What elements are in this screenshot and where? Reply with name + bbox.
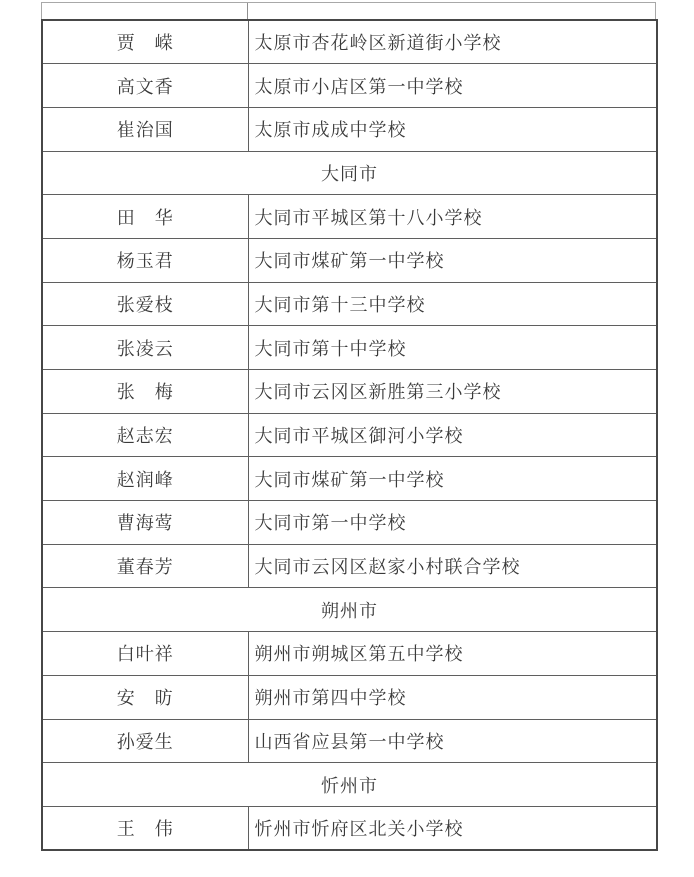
roster-table: 贾 嵘太原市杏花岭区新道街小学校高文香太原市小店区第一中学校崔治国太原市成成中学…: [41, 19, 658, 851]
school-name-cell: 大同市煤矿第一中学校: [248, 457, 657, 501]
cutoff-column-divider: [247, 3, 248, 19]
school-name-cell: 大同市云冈区赵家小村联合学校: [248, 544, 657, 588]
teacher-name-cell: 孙爱生: [42, 719, 248, 763]
roster-row: 王 伟忻州市忻府区北关小学校: [42, 806, 657, 850]
roster-table-body: 贾 嵘太原市杏花岭区新道街小学校高文香太原市小店区第一中学校崔治国太原市成成中学…: [42, 20, 657, 850]
roster-row: 董春芳大同市云冈区赵家小村联合学校: [42, 544, 657, 588]
city-header-cell: 朔州市: [42, 588, 657, 632]
teacher-name-cell: 白叶祥: [42, 632, 248, 676]
school-name-cell: 大同市第十中学校: [248, 326, 657, 370]
city-section-row: 大同市: [42, 151, 657, 195]
teacher-name-cell: 崔治国: [42, 107, 248, 151]
school-name-cell: 朔州市朔城区第五中学校: [248, 632, 657, 676]
city-header-cell: 大同市: [42, 151, 657, 195]
scanned-page: 贾 嵘太原市杏花岭区新道街小学校高文香太原市小店区第一中学校崔治国太原市成成中学…: [0, 0, 694, 877]
teacher-name-cell: 贾 嵘: [42, 20, 248, 64]
roster-row: 安 昉朔州市第四中学校: [42, 675, 657, 719]
roster-row: 杨玉君大同市煤矿第一中学校: [42, 238, 657, 282]
school-name-cell: 太原市杏花岭区新道街小学校: [248, 20, 657, 64]
teacher-name-cell: 张凌云: [42, 326, 248, 370]
school-name-cell: 太原市成成中学校: [248, 107, 657, 151]
school-name-cell: 大同市煤矿第一中学校: [248, 238, 657, 282]
roster-row: 赵志宏大同市平城区御河小学校: [42, 413, 657, 457]
city-section-row: 忻州市: [42, 763, 657, 807]
roster-row: 贾 嵘太原市杏花岭区新道街小学校: [42, 20, 657, 64]
teacher-name-cell: 曹海莺: [42, 501, 248, 545]
roster-row: 孙爱生山西省应县第一中学校: [42, 719, 657, 763]
teacher-name-cell: 赵润峰: [42, 457, 248, 501]
roster-row: 张 梅大同市云冈区新胜第三小学校: [42, 370, 657, 414]
teacher-name-cell: 张爱枝: [42, 282, 248, 326]
teacher-name-cell: 安 昉: [42, 675, 248, 719]
cutoff-row-remnant: [41, 2, 656, 19]
school-name-cell: 大同市第一中学校: [248, 501, 657, 545]
roster-row: 赵润峰大同市煤矿第一中学校: [42, 457, 657, 501]
school-name-cell: 朔州市第四中学校: [248, 675, 657, 719]
roster-row: 张凌云大同市第十中学校: [42, 326, 657, 370]
roster-row: 田 华大同市平城区第十八小学校: [42, 195, 657, 239]
roster-row: 崔治国太原市成成中学校: [42, 107, 657, 151]
teacher-name-cell: 田 华: [42, 195, 248, 239]
roster-row: 张爱枝大同市第十三中学校: [42, 282, 657, 326]
school-name-cell: 大同市云冈区新胜第三小学校: [248, 370, 657, 414]
roster-row: 高文香太原市小店区第一中学校: [42, 64, 657, 108]
city-header-cell: 忻州市: [42, 763, 657, 807]
teacher-name-cell: 董春芳: [42, 544, 248, 588]
roster-row: 白叶祥朔州市朔城区第五中学校: [42, 632, 657, 676]
school-name-cell: 大同市平城区第十八小学校: [248, 195, 657, 239]
teacher-name-cell: 高文香: [42, 64, 248, 108]
city-section-row: 朔州市: [42, 588, 657, 632]
teacher-name-cell: 杨玉君: [42, 238, 248, 282]
teacher-name-cell: 王 伟: [42, 806, 248, 850]
teacher-name-cell: 赵志宏: [42, 413, 248, 457]
school-name-cell: 忻州市忻府区北关小学校: [248, 806, 657, 850]
school-name-cell: 山西省应县第一中学校: [248, 719, 657, 763]
teacher-name-cell: 张 梅: [42, 370, 248, 414]
school-name-cell: 太原市小店区第一中学校: [248, 64, 657, 108]
roster-row: 曹海莺大同市第一中学校: [42, 501, 657, 545]
school-name-cell: 大同市第十三中学校: [248, 282, 657, 326]
school-name-cell: 大同市平城区御河小学校: [248, 413, 657, 457]
